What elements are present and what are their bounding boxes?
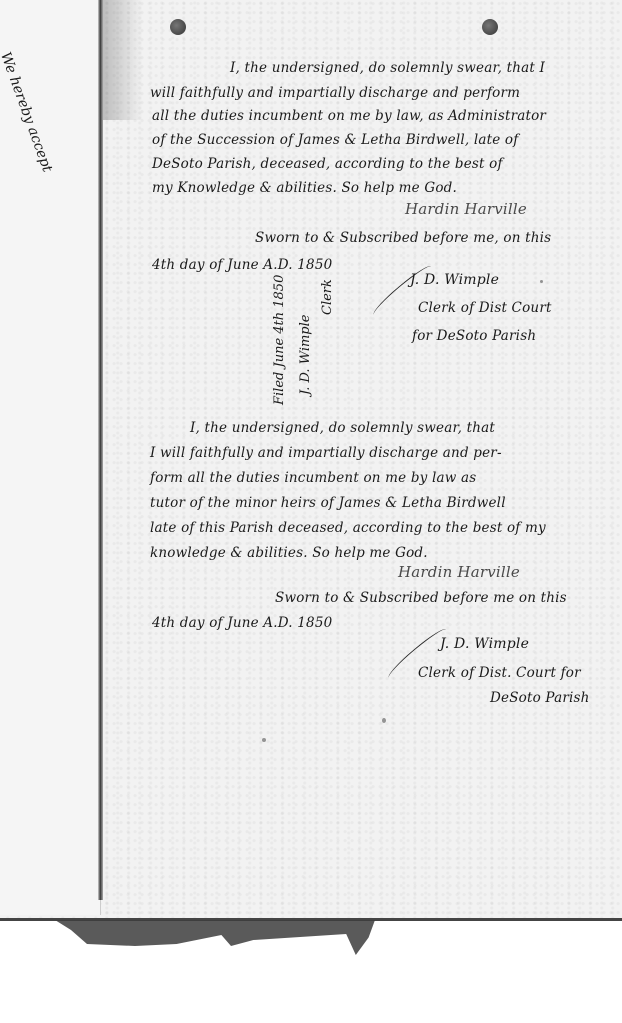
oath-line: I, the undersigned, do solemnly swear, t… bbox=[190, 420, 495, 436]
clerk-signature: J. D. Wimple bbox=[410, 272, 499, 288]
date-line: 4th day of June A.D. 1850 bbox=[152, 257, 332, 273]
sworn-statement: Sworn to & Subscribed before me, on this bbox=[255, 230, 551, 246]
oath-line: I will faithfully and impartially discha… bbox=[150, 445, 502, 461]
fold-shadow bbox=[103, 0, 143, 120]
ink-speck bbox=[540, 280, 543, 283]
ink-speck bbox=[262, 738, 266, 742]
torn-paper-fragment bbox=[55, 920, 375, 970]
oath-line: I, the undersigned, do solemnly swear, t… bbox=[230, 60, 545, 76]
fold-crease bbox=[98, 0, 103, 900]
clerk-title: Clerk of Dist. Court for bbox=[418, 665, 581, 681]
oath-line: knowledge & abilities. So help me God. bbox=[150, 545, 428, 561]
oath-line: all the duties incumbent on me by law, a… bbox=[152, 108, 546, 124]
clerk-signature: J. D. Wimple bbox=[440, 636, 529, 652]
sworn-statement: Sworn to & Subscribed before me on this bbox=[275, 590, 567, 606]
oath-line: tutor of the minor heirs of James & Leth… bbox=[150, 495, 506, 511]
ink-speck bbox=[382, 718, 386, 723]
oath-line: late of this Parish deceased, according … bbox=[150, 520, 546, 536]
punch-hole-icon bbox=[482, 19, 498, 35]
clerk-parish: for DeSoto Parish bbox=[412, 328, 536, 344]
clerk-parish: DeSoto Parish bbox=[490, 690, 590, 706]
oath-line: form all the duties incumbent on me by l… bbox=[150, 470, 476, 486]
oath-line: DeSoto Parish, deceased, according to th… bbox=[152, 156, 503, 172]
filing-clerk-title: Clerk bbox=[320, 279, 335, 315]
punch-hole-icon bbox=[170, 19, 186, 35]
filing-clerk-signature: J. D. Wimple bbox=[298, 315, 313, 395]
date-line: 4th day of June A.D. 1850 bbox=[152, 615, 332, 631]
oath-line: my Knowledge & abilities. So help me God… bbox=[152, 180, 457, 196]
affiant-signature: Hardin Harville bbox=[405, 200, 527, 218]
affiant-signature: Hardin Harville bbox=[398, 563, 520, 581]
oath-line: will faithfully and impartially discharg… bbox=[150, 85, 520, 101]
oath-line: of the Succession of James & Letha Birdw… bbox=[152, 132, 518, 148]
clerk-title: Clerk of Dist Court bbox=[418, 300, 552, 316]
filing-date: Filed June 4th 1850 bbox=[272, 275, 287, 405]
folded-left-strip bbox=[0, 0, 101, 915]
